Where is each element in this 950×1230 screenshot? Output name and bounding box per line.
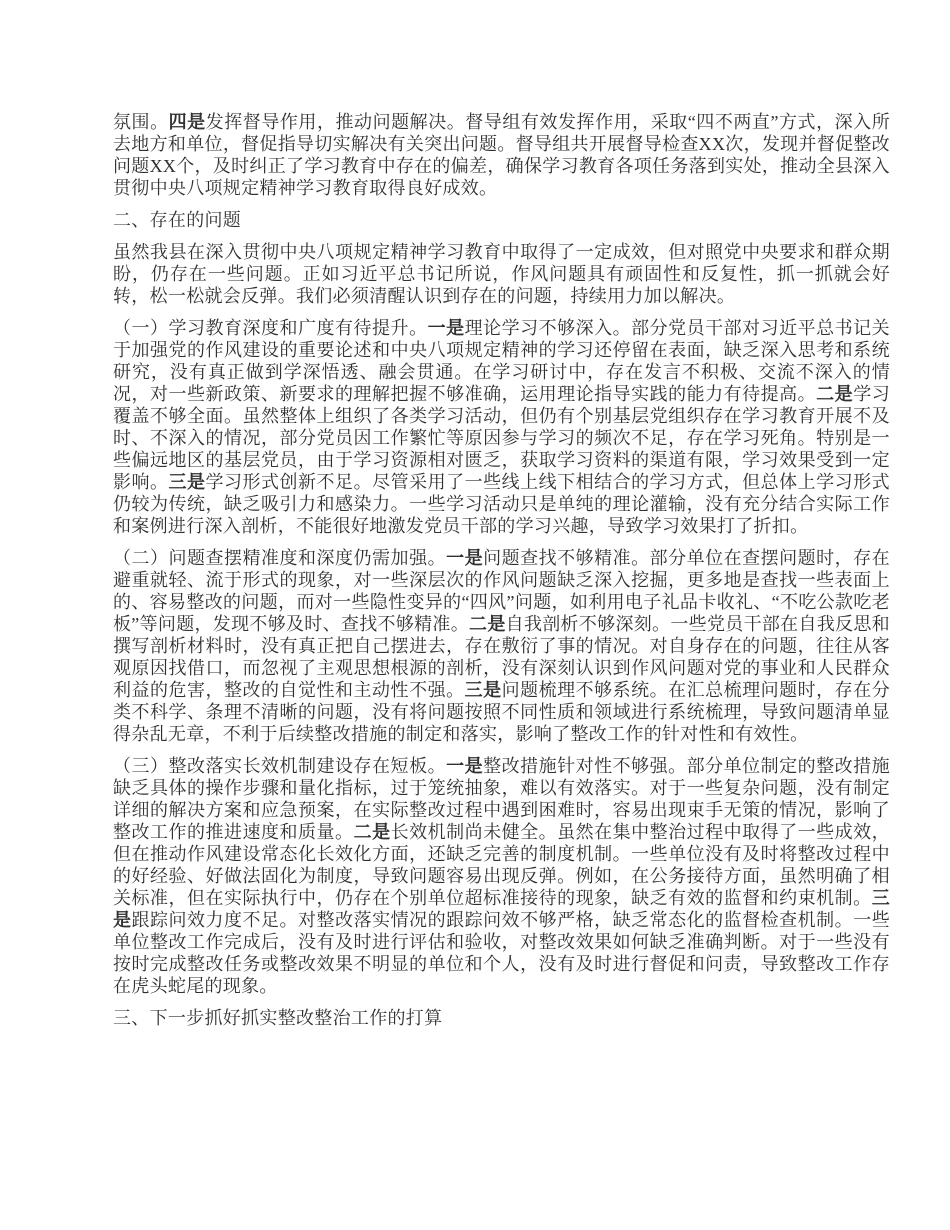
section-heading: 三、下一步抓好抓实整改整治工作的打算	[113, 1007, 890, 1029]
text-run: 虽然我县在深入贯彻中央八项规定精神学习教育中取得了一定成效，但对照党中央要求和群…	[113, 242, 890, 306]
text-run: 二、存在的问题	[113, 210, 241, 230]
text-run: 氛围。	[113, 112, 169, 132]
text-run: 三、下一步抓好抓实整改整治工作的打算	[113, 1008, 442, 1028]
bold-enumerator-run: 一是	[428, 318, 465, 338]
bold-enumerator-run: 二是	[469, 614, 506, 634]
bold-enumerator-run: 一是	[446, 756, 483, 776]
bold-enumerator-run: 三是	[465, 680, 502, 700]
text-run: 跟踪问效力度不足。对整改落实情况的跟踪问效不够严格，缺乏常态化的监督检查机制。一…	[113, 910, 890, 996]
paragraph: （三）整改落实长效机制建设存在短板。一是整改措施针对性不够强。部分单位制定的整改…	[113, 755, 890, 997]
bold-enumerator-run: 一是	[446, 548, 483, 568]
paragraph: （二）问题查摆精准度和深度仍需加强。一是问题查找不够精准。部分单位在查摆问题时，…	[113, 547, 890, 745]
bold-enumerator-run: 二是	[354, 822, 391, 842]
text-run: （三）整改落实长效机制建设存在短板。	[113, 756, 446, 776]
section-heading: 二、存在的问题	[113, 209, 890, 231]
text-run: 学习形式创新不足。尽管采用了一些线上线下相结合的学习方式，但总体上学习形式仍较为…	[113, 472, 890, 536]
bold-enumerator-run: 三是	[169, 472, 206, 492]
paragraph: （一）学习教育深度和广度有待提升。一是理论学习不够深入。部分党员干部对习近平总书…	[113, 317, 890, 537]
bold-enumerator-run: 二是	[816, 384, 853, 404]
text-run: 发挥督导作用，推动问题解决。督导组有效发挥作用，采取“四不两直”方式，深入所去地…	[113, 112, 890, 198]
document-page: 氛围。四是发挥督导作用，推动问题解决。督导组有效发挥作用，采取“四不两直”方式，…	[0, 0, 950, 1230]
bold-enumerator-run: 四是	[169, 112, 206, 132]
paragraph: 氛围。四是发挥督导作用，推动问题解决。督导组有效发挥作用，采取“四不两直”方式，…	[113, 111, 890, 199]
text-run: （一）学习教育深度和广度有待提升。	[113, 318, 428, 338]
text-run: （二）问题查摆精准度和深度仍需加强。	[113, 548, 446, 568]
paragraph: 虽然我县在深入贯彻中央八项规定精神学习教育中取得了一定成效，但对照党中央要求和群…	[113, 241, 890, 307]
